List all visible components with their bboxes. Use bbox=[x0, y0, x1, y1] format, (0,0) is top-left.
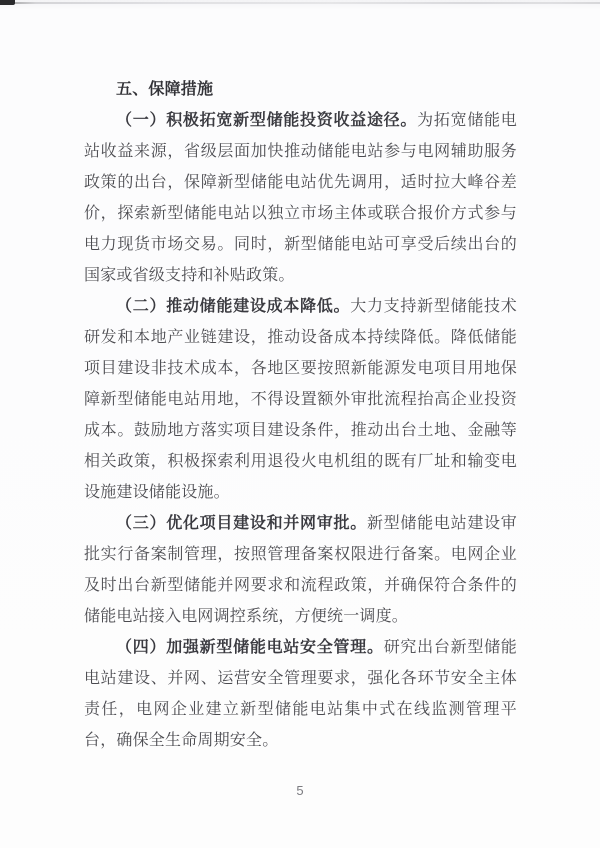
paragraph-measure-1-body: 为拓宽储能电站收益来源，省级层面加快推动储能电站参与电网辅助服务政策的出台，保障… bbox=[84, 112, 517, 284]
paragraph-measure-2: （二）推动储能建设成本降低。大力支持新型储能技术研发和本地产业链建设，推动设备成… bbox=[84, 291, 517, 508]
paragraph-measure-4: （四）加强新型储能电站安全管理。研究出台新型储能电站建设、并网、运营安全管理要求… bbox=[84, 632, 517, 756]
paragraph-measure-2-lead: （二）推动储能建设成本降低。 bbox=[116, 298, 350, 315]
paragraph-measure-3-lead: （三）优化项目建设和并网审批。 bbox=[116, 515, 367, 532]
page-number: 5 bbox=[0, 783, 600, 798]
document-content: 五、保障措施 （一）积极拓宽新型储能投资收益途径。为拓宽储能电站收益来源，省级层… bbox=[84, 74, 517, 756]
paragraph-measure-2-body: 大力支持新型储能技术研发和本地产业链建设，推动设备成本持续降低。降低储能项目建设… bbox=[84, 298, 517, 501]
section-heading: 五、保障措施 bbox=[84, 74, 517, 105]
scan-artifact-corner-mark bbox=[0, 0, 15, 5]
paragraph-measure-1-lead: （一）积极拓宽新型储能投资收益途径。 bbox=[116, 112, 417, 129]
paragraph-measure-1: （一）积极拓宽新型储能投资收益途径。为拓宽储能电站收益来源，省级层面加快推动储能… bbox=[84, 105, 517, 291]
paragraph-measure-4-lead: （四）加强新型储能电站安全管理。 bbox=[116, 639, 384, 656]
paragraph-measure-3: （三）优化项目建设和并网审批。新型储能电站建设审批实行备案制管理，按照管理备案权… bbox=[84, 508, 517, 632]
document-page: 五、保障措施 （一）积极拓宽新型储能投资收益途径。为拓宽储能电站收益来源，省级层… bbox=[0, 0, 600, 848]
scan-artifact-top-edge bbox=[0, 2, 600, 4]
